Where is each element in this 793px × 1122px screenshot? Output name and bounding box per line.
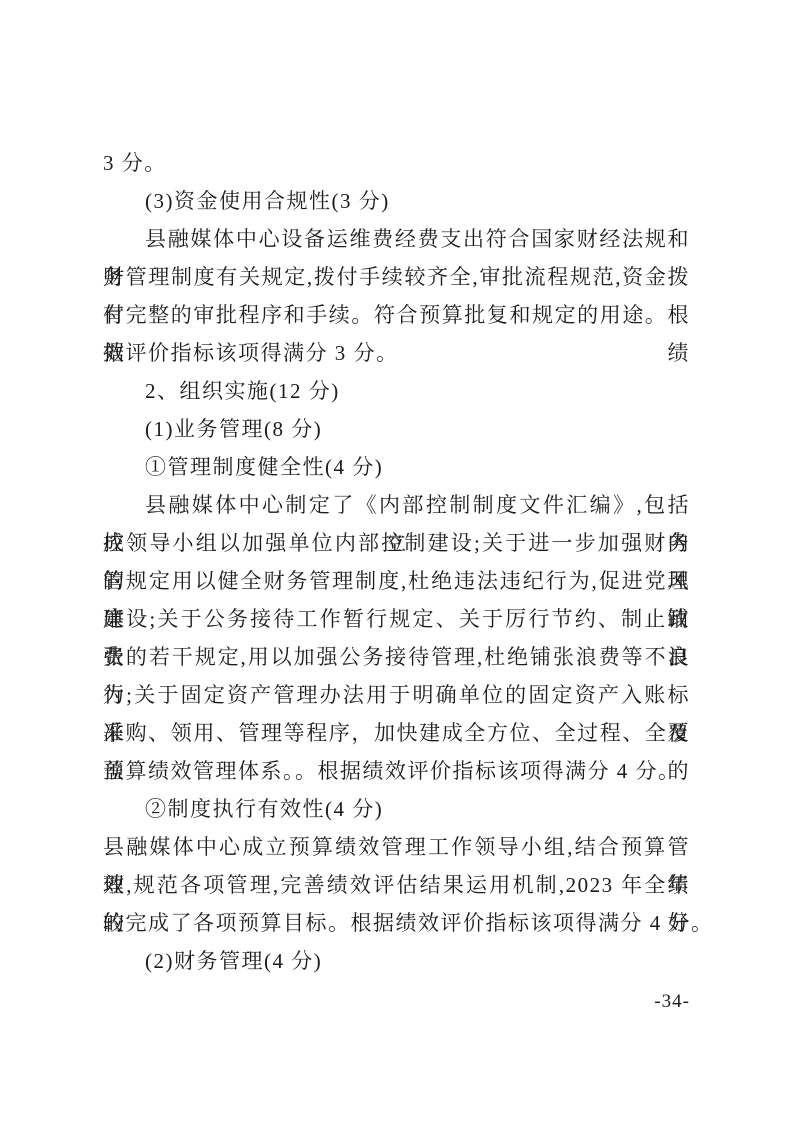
text-line: 县融媒体中心成立预算绩效管理工作领导小组,结合预算管理绩 [103,828,690,866]
text-line: 有完整的审批程序和手续。符合预算批复和规定的用途。根据绩 [103,296,690,334]
text-line: 费的若干规定,用以加强公务接待管理,杜绝铺张浪费等不良行 [103,638,690,676]
text-line: (1)业务管理(8 分) [103,410,690,448]
text-line: 的规定用以健全财务管理制度,杜绝违法违纪行为,促进党风廉政 [103,562,690,600]
text-line: 县融媒体中心设备运维费经费支出符合国家财经法规和财 [103,220,690,258]
text-line: 县融媒体中心制定了《内部控制制度文件汇编》,包括成立内 [103,486,690,524]
text-line: 控领导小组以加强单位内部控制建设;关于进一步加强财务管理 [103,524,690,562]
text-line: 3 分。 [103,144,690,182]
text-line: 效,规范各项管理,完善绩效评估结果运用机制,2023 年全年较好 [103,866,690,904]
text-line: 为;关于固定资产管理办法用于明确单位的固定资产入账标准及 [103,676,690,714]
text-line: ①管理制度健全性(4 分) [103,448,690,486]
text-line: ②制度执行有效性(4 分) [103,790,690,828]
text-line: 建设;关于公务接待工作暂行规定、关于厉行节约、制止铺张浪 [103,600,690,638]
document-body: 3 分。 (3)资金使用合规性(3 分) 县融媒体中心设备运维费经费支出符合国家… [103,144,690,980]
text-line: 预算绩效管理体系。。根据绩效评价指标该项得满分 4 分。 [103,752,690,790]
text-line: 的完成了各项预算目标。根据绩效评价指标该项得满分 4 分。 [103,904,690,942]
text-line: 采购、领用、管理等程序，加快建成全方位、全过程、全覆盖的 [103,714,690,752]
text-line: 2、组织实施(12 分) [103,372,690,410]
document-page: 3 分。 (3)资金使用合规性(3 分) 县融媒体中心设备运维费经费支出符合国家… [0,0,793,1122]
page-number: -34- [654,991,690,1013]
text-line: (2)财务管理(4 分) [103,942,690,980]
text-line: (3)资金使用合规性(3 分) [103,182,690,220]
text-line: 务管理制度有关规定,拨付手续较齐全,审批流程规范,资金拨付 [103,258,690,296]
